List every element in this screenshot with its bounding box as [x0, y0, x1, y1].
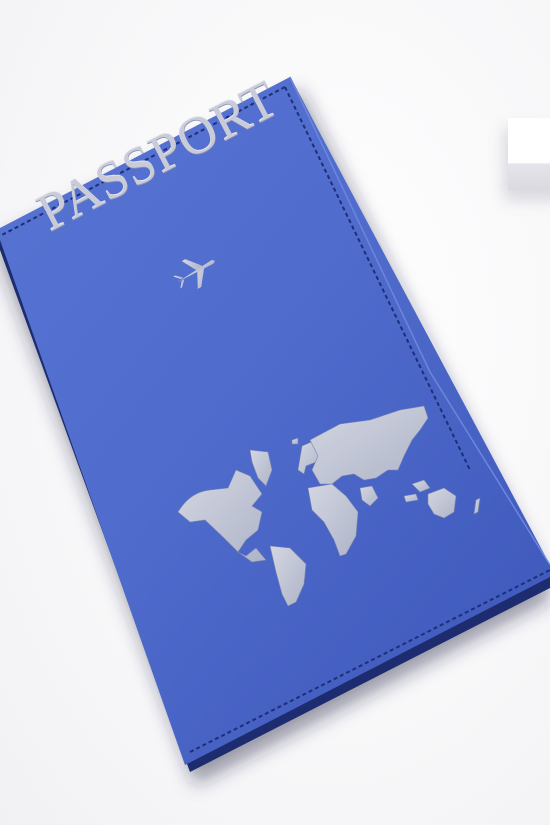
product-photo: PASSPORT: [0, 0, 550, 825]
